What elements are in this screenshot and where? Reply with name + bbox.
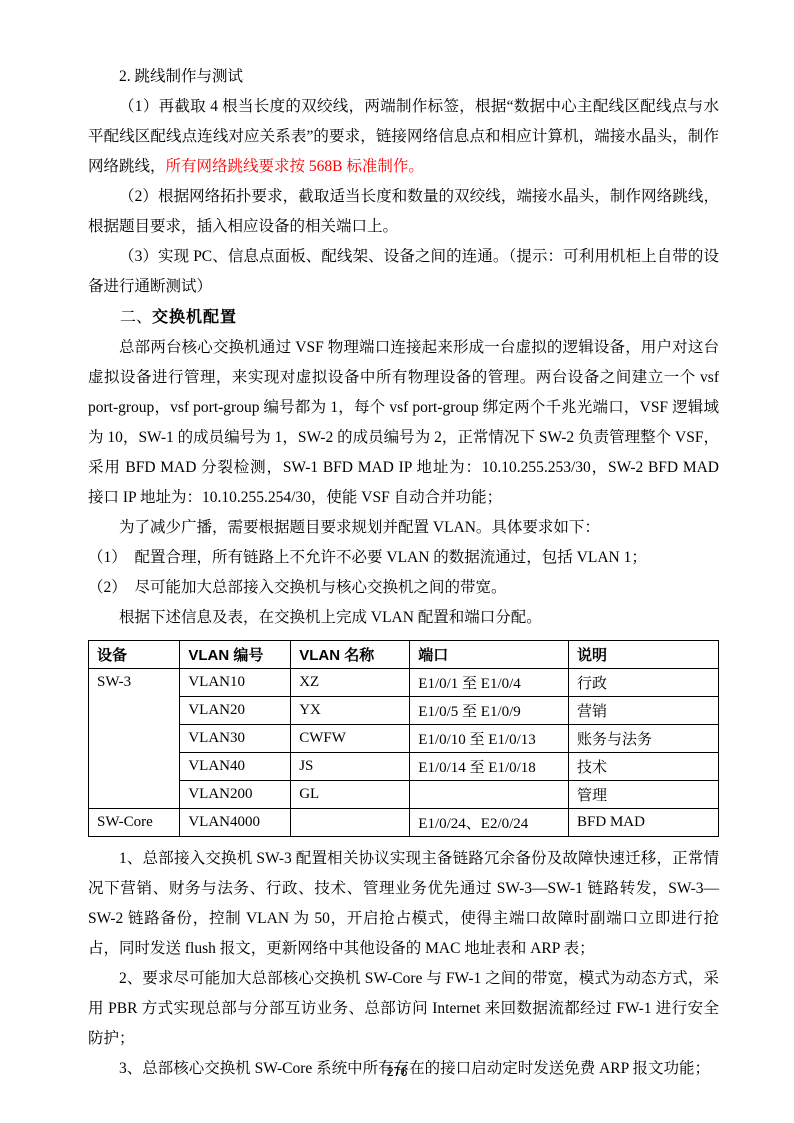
- paragraph-task-1: 1、总部接入交换机 SW-3 配置相关协议实现主备链路冗余备份及故障快速迁移，正…: [88, 844, 719, 964]
- table-cell-vlan-name: JS: [291, 753, 410, 781]
- vlan-requirement-2: （2） 尽可能加大总部接入交换机与核心交换机之间的带宽。: [88, 573, 719, 603]
- table-header-device: 设备: [89, 641, 180, 669]
- paragraph-vlan-intro: 为了减少广播，需要根据题目要求规划并配置 VLAN。具体要求如下：: [88, 513, 719, 543]
- paragraph-cable-step2: （2）根据网络拓扑要求，截取适当长度和数量的双绞线，端接水晶头，制作网络跳线，根…: [88, 182, 719, 242]
- table-header-ports: 端口: [410, 641, 569, 669]
- table-cell-description: 账务与法务: [569, 725, 719, 753]
- table-header-description: 说明: [569, 641, 719, 669]
- table-cell-description: 管理: [569, 781, 719, 809]
- table-row: SW-Core VLAN4000 E1/0/24、E2/0/24 BFD MAD: [89, 809, 719, 837]
- table-cell-ports: E1/0/1 至 E1/0/4: [410, 669, 569, 697]
- paragraph-cable-step3: （3）实现 PC、信息点面板、配线架、设备之间的连通。（提示：可利用机柜上自带的…: [88, 242, 719, 302]
- table-cell-vlan-id: VLAN30: [180, 725, 291, 753]
- table-cell-vlan-id: VLAN4000: [180, 809, 291, 837]
- heading-number: 二、: [120, 309, 152, 326]
- table-header-row: 设备 VLAN 编号 VLAN 名称 端口 说明: [89, 641, 719, 669]
- table-cell-vlan-id: VLAN40: [180, 753, 291, 781]
- heading-title: 交换机配置: [152, 309, 237, 326]
- table-row: SW-3 VLAN10 XZ E1/0/1 至 E1/0/4 行政: [89, 669, 719, 697]
- table-cell-vlan-name: XZ: [291, 669, 410, 697]
- paragraph-cable-step1: （1）再截取 4 根当长度的双绞线，两端制作标签，根据“数据中心主配线区配线点与…: [88, 92, 719, 182]
- vlan-requirement-1: （1） 配置合理，所有链路上不允许不必要 VLAN 的数据流通过，包括 VLAN…: [88, 543, 719, 573]
- page-number: 276: [0, 1065, 794, 1079]
- table-row: VLAN200 GL 管理: [89, 781, 719, 809]
- table-cell-vlan-name: YX: [291, 697, 410, 725]
- table-cell-description: 技术: [569, 753, 719, 781]
- table-cell-ports: E1/0/14 至 E1/0/18: [410, 753, 569, 781]
- cable-step1-red-note: 所有网络跳线要求按 568B 标准制作。: [166, 158, 424, 175]
- table-cell-vlan-name: [291, 809, 410, 837]
- table-cell-device-swcore: SW-Core: [89, 809, 180, 837]
- table-cell-vlan-name: CWFW: [291, 725, 410, 753]
- table-header-vlan-name: VLAN 名称: [291, 641, 410, 669]
- table-cell-vlan-id: VLAN200: [180, 781, 291, 809]
- paragraph-task-2: 2、要求尽可能加大总部核心交换机 SW-Core 与 FW-1 之间的带宽，模式…: [88, 964, 719, 1054]
- table-cell-ports: [410, 781, 569, 809]
- table-cell-description: 营销: [569, 697, 719, 725]
- paragraph-table-intro: 根据下述信息及表，在交换机上完成 VLAN 配置和端口分配。: [88, 603, 719, 633]
- section-heading-switch-config: 二、交换机配置: [88, 302, 719, 333]
- section2-title: 2. 跳线制作与测试: [88, 62, 719, 92]
- document-page: 2. 跳线制作与测试 （1）再截取 4 根当长度的双绞线，两端制作标签，根据“数…: [0, 0, 794, 1084]
- table-header-vlan-id: VLAN 编号: [180, 641, 291, 669]
- table-row: VLAN40 JS E1/0/14 至 E1/0/18 技术: [89, 753, 719, 781]
- vlan-config-table: 设备 VLAN 编号 VLAN 名称 端口 说明 SW-3 VLAN10 XZ …: [88, 640, 719, 837]
- table-row: VLAN20 YX E1/0/5 至 E1/0/9 营销: [89, 697, 719, 725]
- table-cell-description: 行政: [569, 669, 719, 697]
- table-cell-ports: E1/0/24、E2/0/24: [410, 809, 569, 837]
- table-cell-ports: E1/0/10 至 E1/0/13: [410, 725, 569, 753]
- table-cell-description: BFD MAD: [569, 809, 719, 837]
- table-row: VLAN30 CWFW E1/0/10 至 E1/0/13 账务与法务: [89, 725, 719, 753]
- table-cell-vlan-id: VLAN10: [180, 669, 291, 697]
- table-cell-device-sw3: SW-3: [89, 669, 180, 809]
- table-cell-ports: E1/0/5 至 E1/0/9: [410, 697, 569, 725]
- table-cell-vlan-name: GL: [291, 781, 410, 809]
- table-cell-vlan-id: VLAN20: [180, 697, 291, 725]
- paragraph-vsf-description: 总部两台核心交换机通过 VSF 物理端口连接起来形成一台虚拟的逻辑设备，用户对这…: [88, 333, 719, 513]
